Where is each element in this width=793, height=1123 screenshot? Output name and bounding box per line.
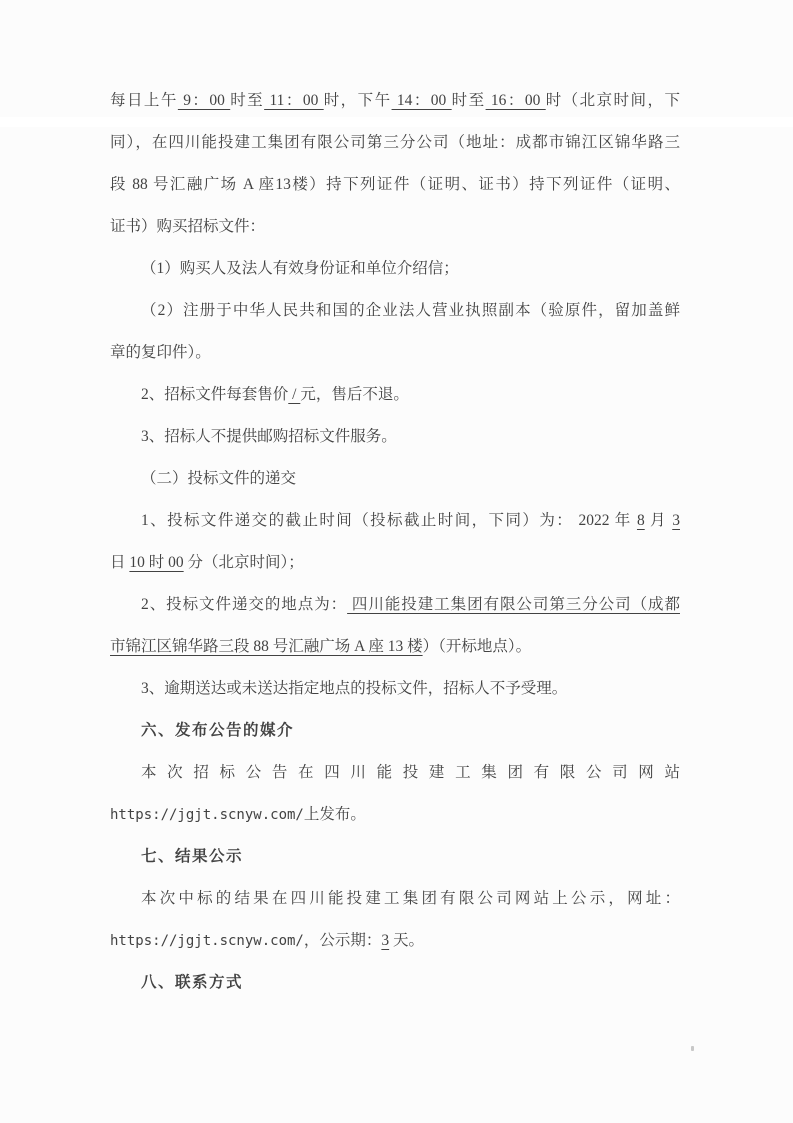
- doc-line: 本次招标公告在四川能投建工集团有限公司网站: [110, 752, 680, 794]
- doc-line: 段 88 号汇融广场 A 座13楼）持下列证件（证明、证书）持下列证件（证明、: [110, 164, 680, 206]
- doc-line: 1、投标文件递交的截止时间（投标截止时间，下同）为： 2022 年 8 月 3: [110, 500, 680, 542]
- underlined-text: 11：00: [264, 92, 324, 109]
- doc-line: https://jgjt.scnyw.com/上发布。: [110, 794, 680, 836]
- doc-line: 六、发布公告的媒介: [110, 710, 680, 752]
- scan-artifact-speck: [691, 1046, 694, 1051]
- text-segment: 2、投标文件递交的地点为：: [141, 596, 347, 613]
- underlined-text: 10 时 00: [129, 554, 183, 571]
- doc-line: 每日上午 9：00 时至 11：00 时，下午 14：00 时至 16：00 时…: [110, 80, 680, 122]
- underlined-text: 市锦江区锦华路三段 88 号汇融广场 A 座 13 楼: [110, 638, 423, 655]
- doc-line: 2、招标文件每套售价 / 元，售后不退。: [110, 374, 680, 416]
- doc-line: 章的复印件）。: [110, 332, 680, 374]
- text-segment: 3、招标人不提供邮购招标文件服务。: [141, 428, 397, 445]
- text-segment: 本次招标公告在四川能投建工集团有限公司网站: [141, 764, 680, 781]
- doc-line: 本次中标的结果在四川能投建工集团有限公司网站上公示，网址：: [110, 878, 680, 920]
- text-segment: （2）注册于中华人民共和国的企业法人营业执照副本（验原件，留加盖鲜: [141, 302, 680, 319]
- text-segment: 2、招标文件每套售价: [141, 386, 288, 403]
- text-segment: 七、结果公示: [141, 848, 243, 865]
- url-text: https://jgjt.scnyw.com/: [110, 807, 304, 823]
- doc-line: （2）注册于中华人民共和国的企业法人营业执照副本（验原件，留加盖鲜: [110, 290, 680, 332]
- text-segment: 月: [645, 512, 673, 529]
- underlined-text: 16：00: [486, 92, 546, 109]
- text-segment: 上发布。: [304, 806, 366, 823]
- doc-line: 同），在四川能投建工集团有限公司第三分公司（地址：成都市锦江区锦华路三: [110, 122, 680, 164]
- text-segment: （1）购买人及法人有效身份证和单位介绍信；: [141, 260, 459, 277]
- doc-line: https://jgjt.scnyw.com/，公示期：3 天。: [110, 920, 680, 962]
- text-segment: 日: [110, 554, 129, 571]
- text-segment: 时至: [452, 92, 486, 109]
- text-segment: 1、投标文件递交的截止时间（投标截止时间，下同）为： 2022 年: [141, 512, 637, 529]
- underlined-text: 3: [672, 512, 680, 529]
- underlined-text: /: [288, 386, 300, 403]
- text-segment: 段 88 号汇融广场 A 座13楼）持下列证件（证明、证书）持下列证件（证明、: [110, 176, 680, 193]
- doc-line: （1）购买人及法人有效身份证和单位介绍信；: [110, 248, 680, 290]
- doc-line: 3、逾期送达或未送达指定地点的投标文件，招标人不予受理。: [110, 668, 680, 710]
- text-segment: 时（北京时间，下: [546, 92, 680, 109]
- doc-line: 八、联系方式: [110, 962, 680, 1004]
- text-segment: 章的复印件）。: [110, 344, 211, 361]
- text-segment: 3、逾期送达或未送达指定地点的投标文件，招标人不予受理。: [141, 680, 567, 697]
- text-segment: 同），在四川能投建工集团有限公司第三分公司（地址：成都市锦江区锦华路三: [110, 134, 680, 151]
- underlined-text: 8: [637, 512, 645, 529]
- doc-line: 证书）购买招标文件：: [110, 206, 680, 248]
- text-segment: 时，下午: [324, 92, 392, 109]
- underlined-text: 四川能投建工集团有限公司第三分公司（成都: [347, 596, 680, 613]
- text-segment: ，公示期：: [304, 932, 382, 949]
- document-text: 每日上午 9：00 时至 11：00 时，下午 14：00 时至 16：00 时…: [110, 80, 680, 1004]
- text-segment: 六、发布公告的媒介: [141, 722, 294, 739]
- text-segment: 八、联系方式: [141, 974, 243, 991]
- text-segment: 分（北京时间）；: [184, 554, 304, 571]
- doc-line: 3、招标人不提供邮购招标文件服务。: [110, 416, 680, 458]
- text-segment: 时至: [230, 92, 264, 109]
- underlined-text: 9：00: [178, 92, 230, 109]
- doc-line: （二）投标文件的递交: [110, 458, 680, 500]
- text-segment: （二）投标文件的递交: [141, 470, 296, 487]
- doc-line: 市锦江区锦华路三段 88 号汇融广场 A 座 13 楼）（开标地点）。: [110, 626, 680, 668]
- text-segment: 每日上午: [110, 92, 178, 109]
- document-page: 每日上午 9：00 时至 11：00 时，下午 14：00 时至 16：00 时…: [0, 0, 793, 1123]
- text-segment: ）（开标地点）。: [423, 638, 532, 655]
- doc-line: 七、结果公示: [110, 836, 680, 878]
- doc-line: 2、投标文件递交的地点为： 四川能投建工集团有限公司第三分公司（成都: [110, 584, 680, 626]
- text-segment: 证书）购买招标文件：: [110, 218, 265, 235]
- underlined-text: 3: [381, 932, 389, 949]
- doc-line: 日 10 时 00 分（北京时间）；: [110, 542, 680, 584]
- text-segment: 元，售后不退。: [300, 386, 409, 403]
- text-segment: 天。: [389, 932, 424, 949]
- url-text: https://jgjt.scnyw.com/: [110, 933, 304, 949]
- underlined-text: 14：00: [392, 92, 452, 109]
- text-segment: 本次中标的结果在四川能投建工集团有限公司网站上公示，网址：: [141, 890, 680, 907]
